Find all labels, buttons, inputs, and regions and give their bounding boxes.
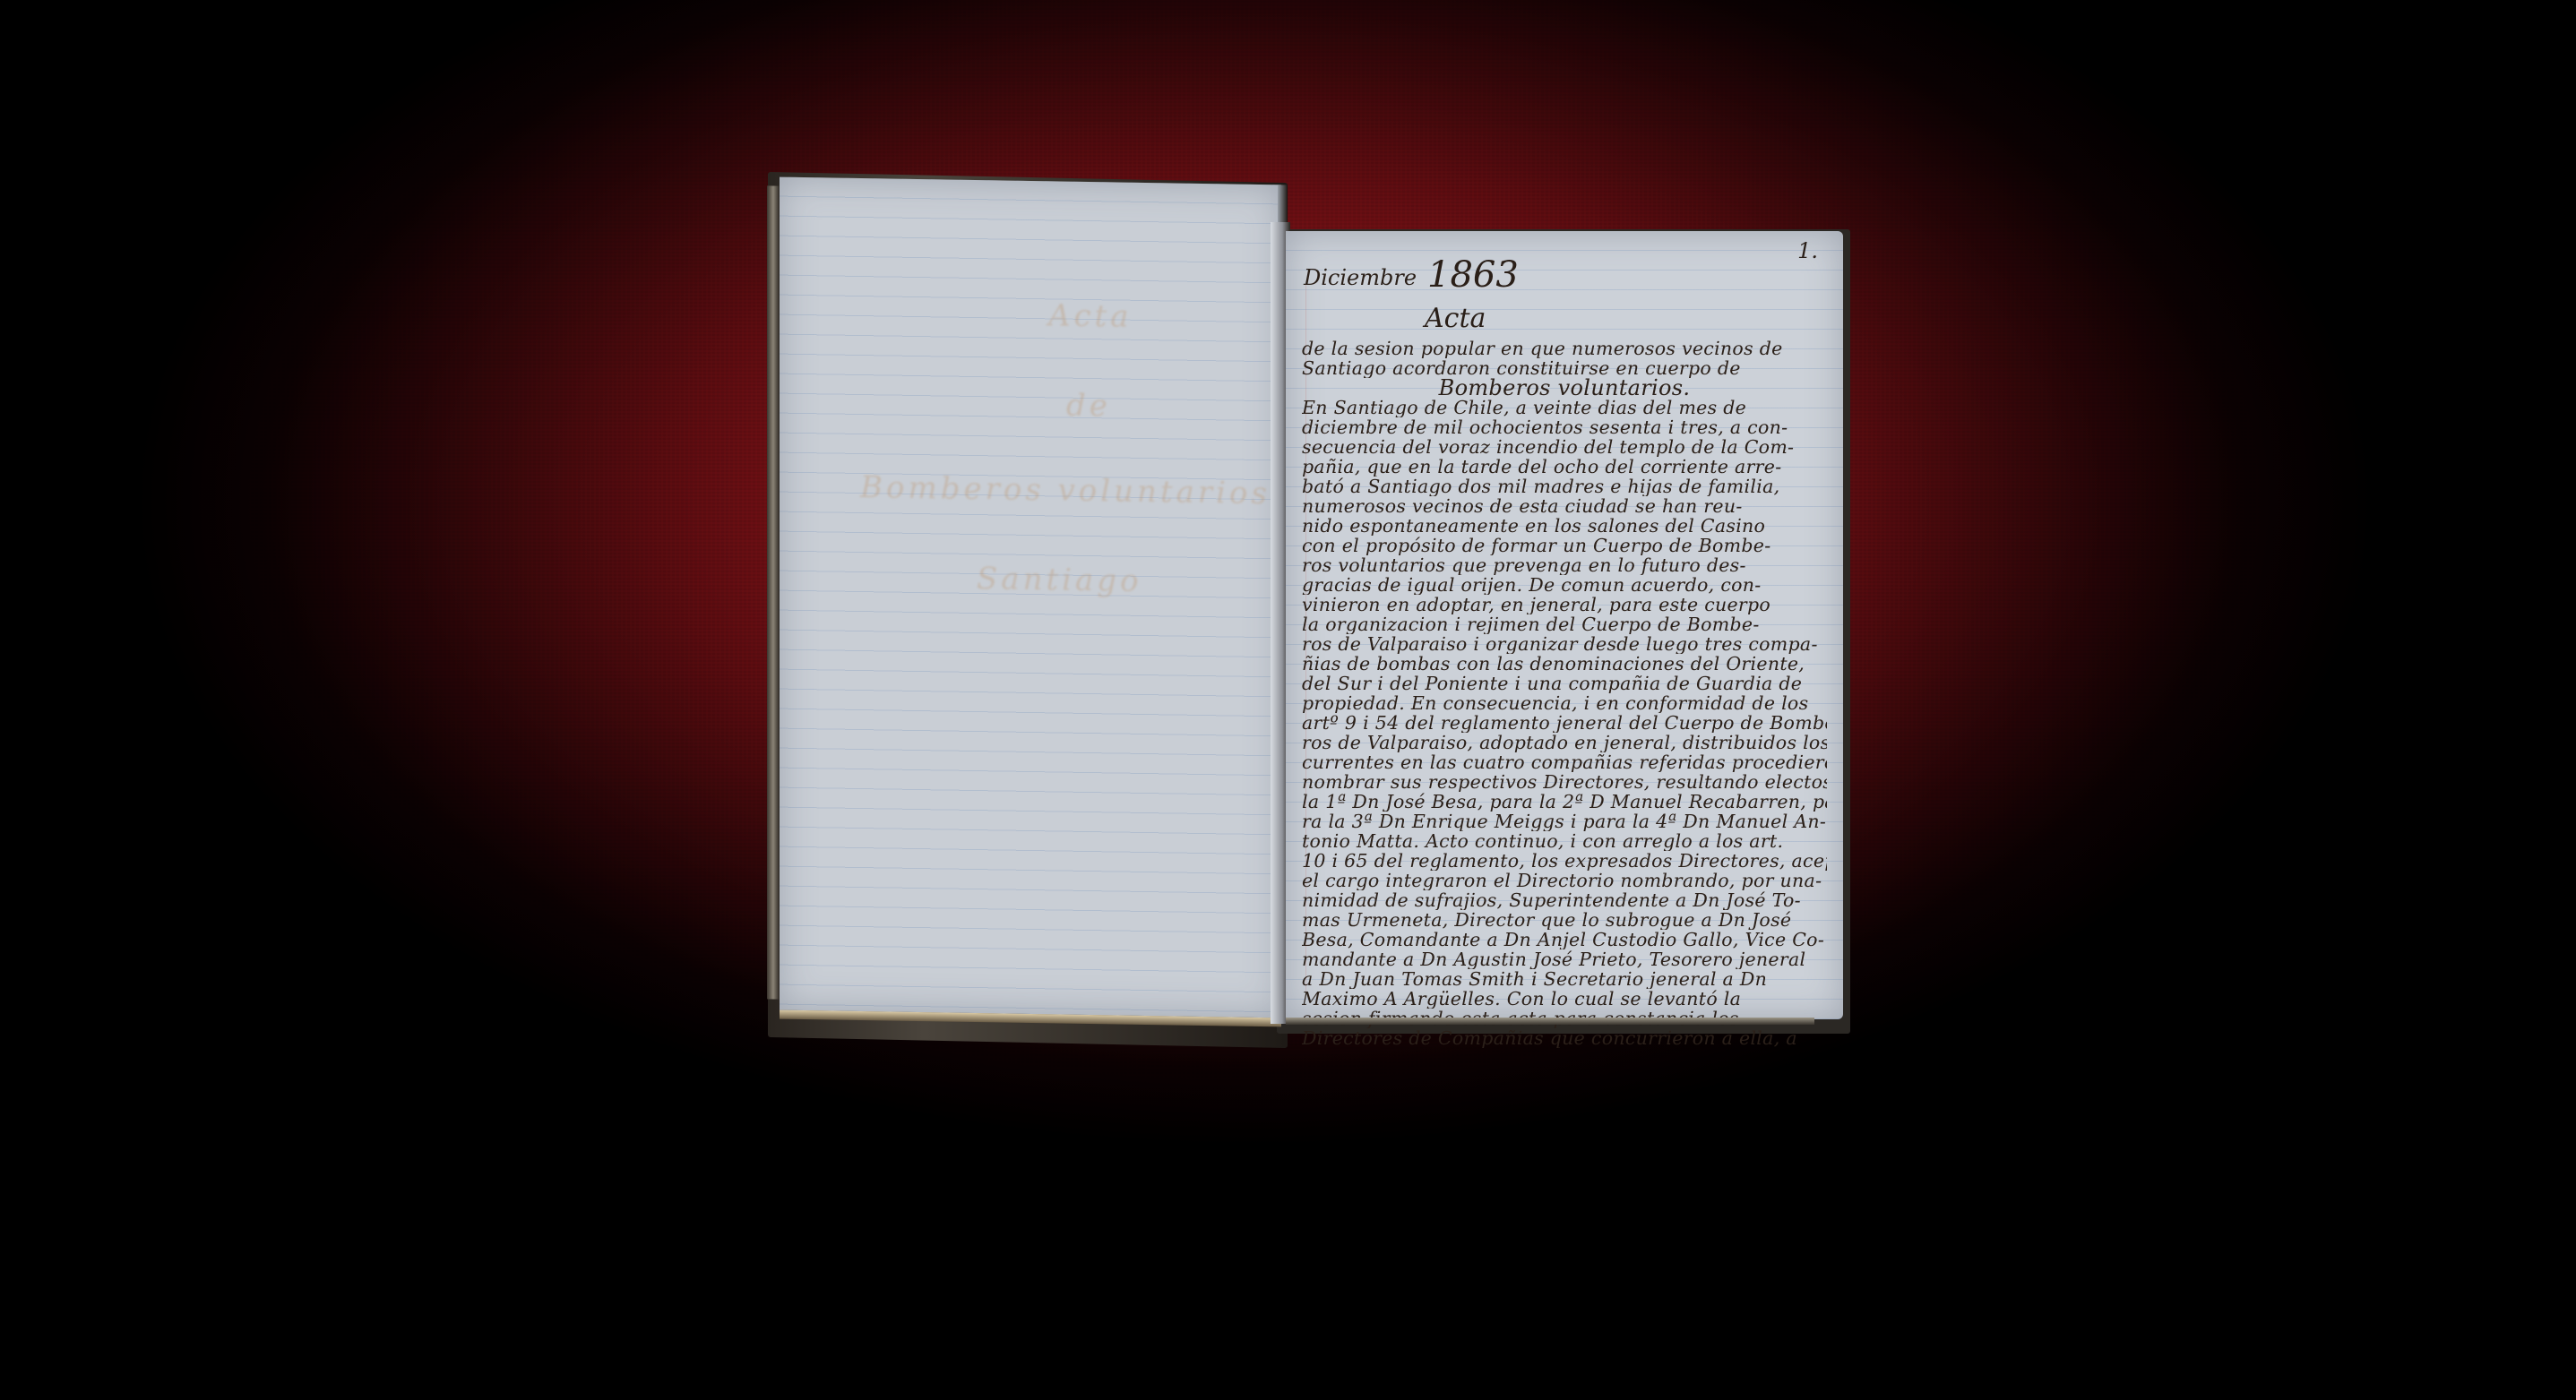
manuscript-line: vinieron en adoptar, en jeneral, para es… — [1302, 595, 1827, 614]
document-title: Acta — [1425, 303, 1486, 334]
manuscript-line: ñias de bombas con las denominaciones de… — [1302, 654, 1827, 674]
left-page: Acta de Bomberos voluntarios Santiago — [780, 177, 1281, 1018]
ghost-text: de — [1066, 388, 1111, 425]
manuscript-line: a Dn Juan Tomas Smith i Secretario jener… — [1302, 969, 1827, 989]
manuscript-line: el cargo integraron el Directorio nombra… — [1302, 871, 1827, 890]
manuscript-line: nido espontaneamente en los salones del … — [1302, 516, 1827, 536]
manuscript-line: currentes en las cuatro compañias referi… — [1302, 752, 1827, 772]
manuscript-line: En Santiago de Chile, a veinte dias del … — [1302, 398, 1827, 417]
manuscript-line: ra la 3ª Dn Enrique Meiggs i para la 4ª … — [1302, 812, 1827, 831]
manuscript-line: Santiago acordaron constituirse en cuerp… — [1302, 358, 1827, 378]
manuscript-line: nimidad de sufrajios, Superintendente a … — [1302, 890, 1827, 910]
ghost-text: Santiago — [977, 561, 1142, 599]
right-page: 1. Diciembre 1863 Acta de la sesion popu… — [1286, 231, 1843, 1019]
right-page-bottom-edge — [1286, 1018, 1814, 1025]
left-page-edge — [767, 185, 780, 999]
manuscript-line: diciembre de mil ochocientos sesenta i t… — [1302, 417, 1827, 437]
manuscript-line: mas Urmeneta, Director que lo subrogue a… — [1302, 910, 1827, 930]
manuscript-line: nombrar sus respectivos Directores, resu… — [1302, 772, 1827, 792]
manuscript-line: de la sesion popular en que numerosos ve… — [1302, 339, 1827, 358]
manuscript-line: con el propósito de formar un Cuerpo de … — [1302, 536, 1827, 555]
manuscript-line: la organizacion i rejimen del Cuerpo de … — [1302, 614, 1827, 634]
manuscript-line: artº 9 i 54 del reglamento jeneral del C… — [1302, 713, 1827, 733]
manuscript-line: del Sur i del Poniente i una compañia de… — [1302, 674, 1827, 693]
header-month: Diciembre — [1304, 265, 1417, 290]
header-year: 1863 — [1427, 254, 1519, 296]
ghost-text: Bomberos voluntarios — [860, 469, 1271, 511]
manuscript-line: gracias de igual orijen. De comun acuerd… — [1302, 575, 1827, 595]
manuscript-line: tonio Matta. Acto continuo, i con arregl… — [1302, 831, 1827, 851]
manuscript-line: ros de Valparaiso, adoptado en jeneral, … — [1302, 733, 1827, 752]
manuscript-line: propiedad. En consecuencia, i en conform… — [1302, 693, 1827, 713]
manuscript-line: Besa, Comandante a Dn Anjel Custodio Gal… — [1302, 930, 1827, 949]
manuscript-line: la 1ª Dn José Besa, para la 2ª D Manuel … — [1302, 792, 1827, 812]
manuscript-body: de la sesion popular en que numerosos ve… — [1302, 339, 1827, 1048]
manuscript-line: ros de Valparaiso i organizar desde lueg… — [1302, 634, 1827, 654]
manuscript-line: bató a Santiago dos mil madres e hijas d… — [1302, 477, 1827, 496]
manuscript-line: Directores de Compañias que concurrieron… — [1302, 1028, 1827, 1048]
manuscript-line: pañia, que en la tarde del ocho del corr… — [1302, 457, 1827, 477]
page-number: 1. — [1797, 238, 1818, 263]
manuscript-line: ros voluntarios que prevenga en lo futur… — [1302, 555, 1827, 575]
manuscript-line: Bomberos voluntarios. — [1302, 378, 1827, 398]
manuscript-line: 10 i 65 del reglamento, los expresados D… — [1302, 851, 1827, 871]
manuscript-line: numerosos vecinos de esta ciudad se han … — [1302, 496, 1827, 516]
manuscript-line: Maximo A Argüelles. Con lo cual se levan… — [1302, 989, 1827, 1009]
photo-stage: Acta de Bomberos voluntarios Santiago 1.… — [0, 0, 2576, 1400]
manuscript-line: secuencia del voraz incendio del templo … — [1302, 437, 1827, 457]
ghost-text: Acta — [1048, 297, 1133, 334]
manuscript-line: mandante a Dn Agustin José Prieto, Tesor… — [1302, 949, 1827, 969]
